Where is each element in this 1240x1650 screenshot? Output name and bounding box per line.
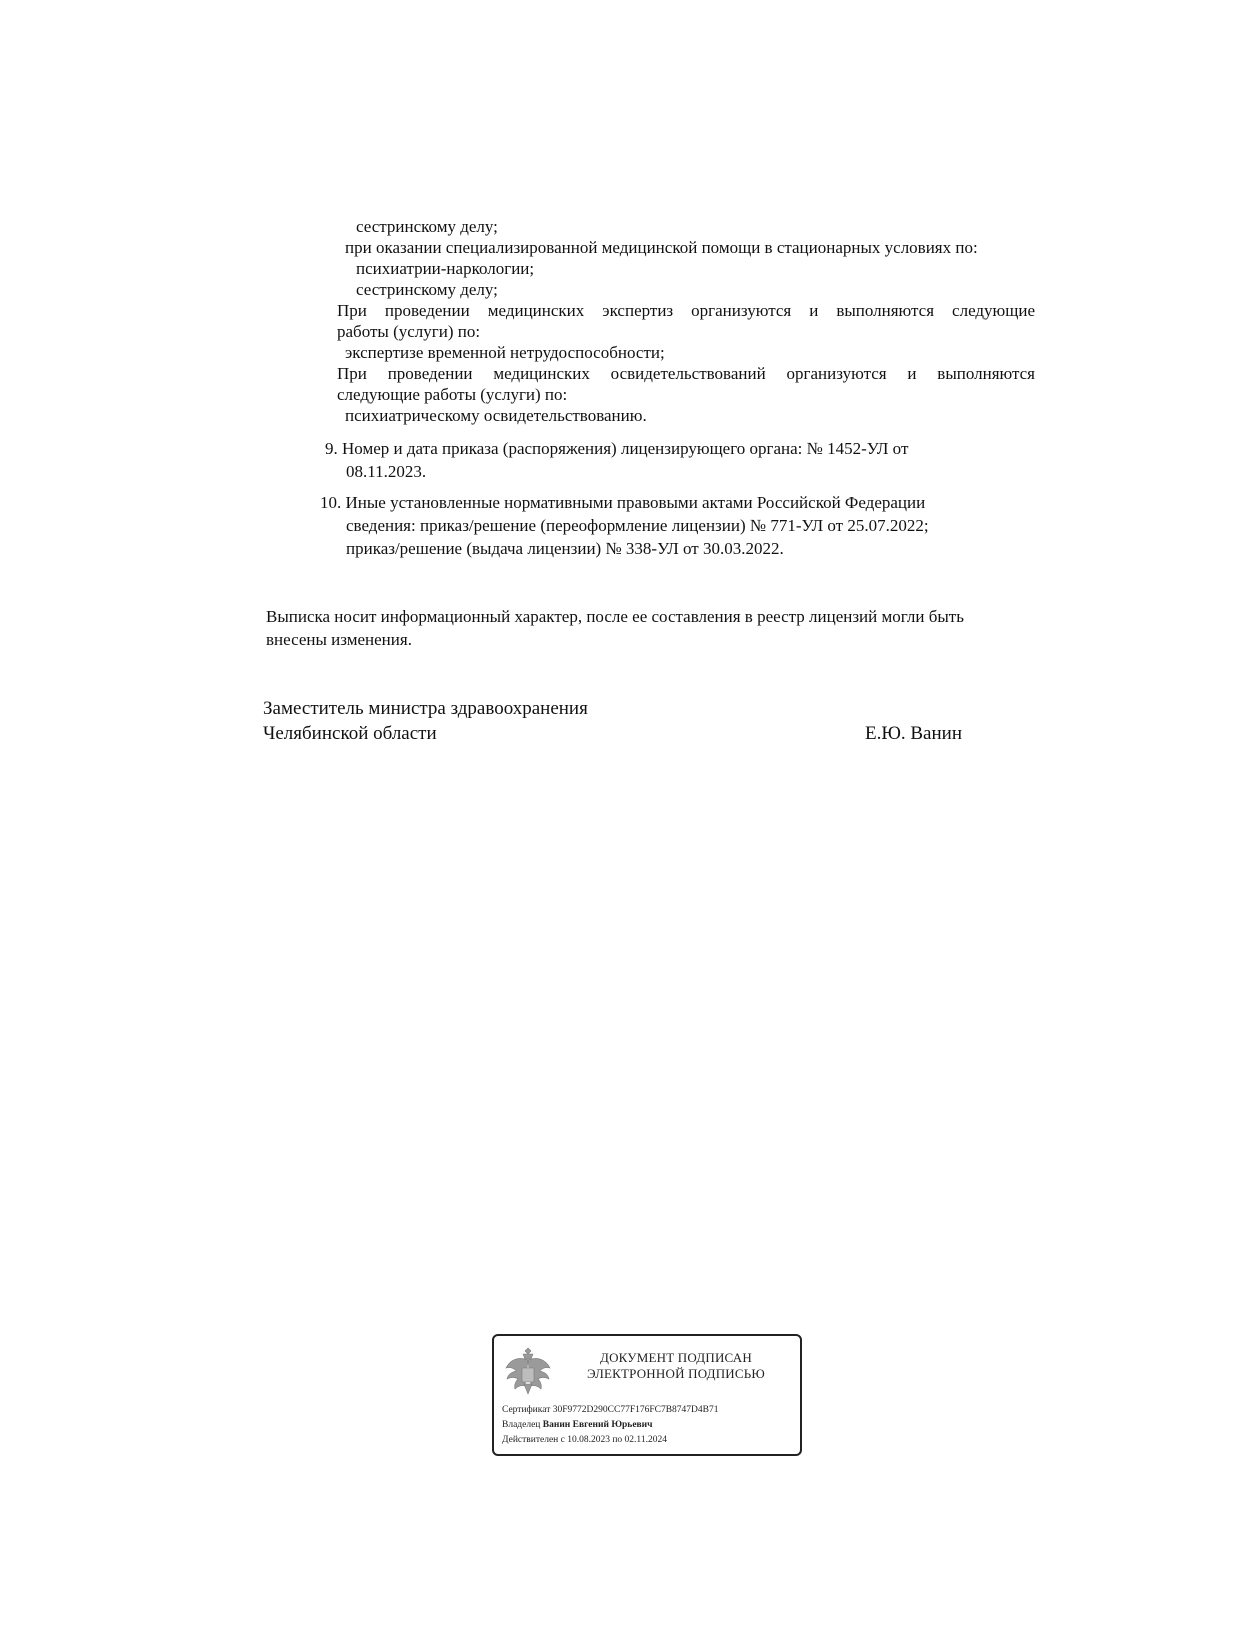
certificate-value: 30F9772D290CC77F176FC7B8747D4B71 [553,1405,719,1415]
russian-coat-of-arms-icon [504,1344,552,1400]
stamp-title-line: ЭЛЕКТРОННОЙ ПОДПИСЬЮ [560,1366,792,1382]
text-line: психиатрии-наркологии; [356,258,534,279]
owner-label: Владелец [502,1420,540,1430]
item-10-line: сведения: приказ/решение (переоформление… [346,515,929,536]
disclaimer-line: внесены изменения. [266,629,412,650]
stamp-owner: Владелец Ванин Евгений Юрьевич [502,1419,653,1432]
item-10-line: 10. Иные установленные нормативными прав… [320,492,925,513]
text-line: психиатрическому освидетельствованию. [345,405,647,426]
stamp-certificate: Сертификат 30F9772D290CC77F176FC7B8747D4… [502,1404,719,1417]
owner-value: Ванин Евгений Юрьевич [543,1420,653,1430]
document-page: сестринскому делу; при оказании специали… [0,0,1240,1650]
text-line: сестринскому делу; [356,279,498,300]
signatory-position: Заместитель министра здравоохранения [263,697,588,721]
text-line: При проведении медицинских экспертиз орг… [337,300,1035,321]
text-line: при оказании специализированной медицинс… [345,237,978,258]
item-9-line: 08.11.2023. [346,461,426,482]
text-line: следующие работы (услуги) по: [337,384,567,405]
electronic-signature-stamp: ДОКУМЕНТ ПОДПИСАН ЭЛЕКТРОННОЙ ПОДПИСЬЮ С… [492,1334,802,1456]
item-10-line: приказ/решение (выдача лицензии) № 338-У… [346,538,784,559]
item-9-line: 9. Номер и дата приказа (распоряжения) л… [325,438,908,459]
text-line: сестринскому делу; [356,216,498,237]
certificate-label: Сертификат [502,1405,550,1415]
stamp-title-line: ДОКУМЕНТ ПОДПИСАН [560,1350,792,1366]
text-line: работы (услуги) по: [337,321,480,342]
text-line: При проведении медицинских освидетельств… [337,363,1035,384]
stamp-title: ДОКУМЕНТ ПОДПИСАН ЭЛЕКТРОННОЙ ПОДПИСЬЮ [560,1350,792,1382]
text-line: экспертизе временной нетрудоспособности; [345,342,665,363]
stamp-validity: Действителен с 10.08.2023 по 02.11.2024 [502,1434,667,1447]
disclaimer-line: Выписка носит информационный характер, п… [266,606,964,627]
signatory-region: Челябинской области [263,722,437,746]
signatory-name: Е.Ю. Ванин [865,722,962,746]
